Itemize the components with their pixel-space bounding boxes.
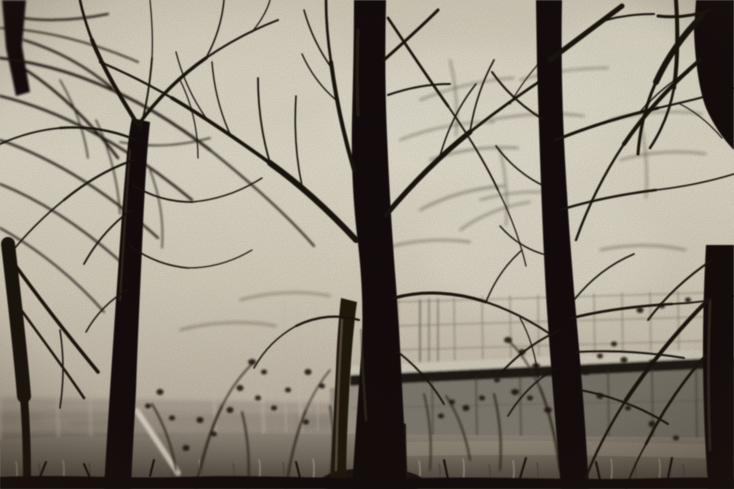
photo-canvas: Bare winter trees in front of a flat-roo… bbox=[0, 0, 734, 489]
vignette-overlay bbox=[0, 0, 734, 489]
vintage-photograph: Bare winter trees in front of a flat-roo… bbox=[0, 0, 734, 489]
